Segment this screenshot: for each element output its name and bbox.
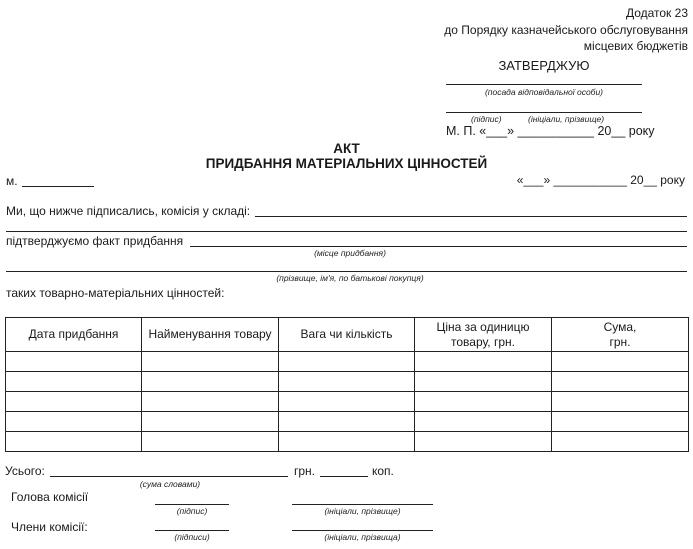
table-cell[interactable] xyxy=(415,392,552,412)
table-row xyxy=(6,392,689,412)
table-cell[interactable] xyxy=(415,372,552,392)
table-cell[interactable] xyxy=(279,412,415,432)
total-words-caption: (сума словами) xyxy=(110,479,230,489)
table-body xyxy=(6,352,689,452)
table-cell[interactable] xyxy=(142,412,279,432)
members-label: Члени комісії: xyxy=(11,520,88,534)
confirm-label: підтверджуємо факт придбання xyxy=(6,234,183,248)
column-header-text: грн. xyxy=(552,335,688,350)
chair-signature-caption: (підпис) xyxy=(155,506,229,516)
appendix-number: Додаток 23 xyxy=(626,6,688,20)
goods-label: таких товарно-матеріальних цінностей: xyxy=(6,286,224,300)
commission-label: Ми, що нижче підписались, комісія у скла… xyxy=(6,204,250,218)
chair-name-field[interactable] xyxy=(292,504,433,505)
table-row xyxy=(6,432,689,452)
members-name-field[interactable] xyxy=(292,530,433,531)
column-header-text: Вага чи кількість xyxy=(279,327,414,342)
city-field[interactable] xyxy=(22,186,94,187)
table-header-row: Дата придбанняНайменування товаруВага чи… xyxy=(6,318,689,352)
place-caption: (місце придбання) xyxy=(290,248,410,258)
table-cell[interactable] xyxy=(279,372,415,392)
table-row xyxy=(6,372,689,392)
goods-table: Дата придбанняНайменування товаруВага чи… xyxy=(5,317,689,452)
table-cell[interactable] xyxy=(279,352,415,372)
table-cell[interactable] xyxy=(552,412,689,432)
chair-signature-field[interactable] xyxy=(155,504,229,505)
commission-field-2[interactable] xyxy=(6,231,687,232)
members-signature-caption: (підписи) xyxy=(155,532,229,542)
chair-name-caption: (ініціали, прізвище) xyxy=(292,506,433,516)
signature-name-field[interactable] xyxy=(446,112,642,113)
doc-title: АКТ xyxy=(0,141,693,156)
name-caption: (ініціали, прізвище) xyxy=(528,114,604,124)
uah-label: грн. xyxy=(294,464,315,478)
table-cell[interactable] xyxy=(142,392,279,412)
column-header: Ціна за одиницютовару, грн. xyxy=(415,318,552,352)
table-cell[interactable] xyxy=(552,372,689,392)
seller-caption: (прізвище, ім'я, по батькові покупця) xyxy=(250,273,450,283)
column-header: Дата придбання xyxy=(6,318,142,352)
total-label: Усього: xyxy=(5,464,45,478)
table-cell[interactable] xyxy=(142,432,279,452)
table-cell[interactable] xyxy=(6,412,142,432)
table-cell[interactable] xyxy=(279,432,415,452)
position-caption: (посада відповідальної особи) xyxy=(446,87,642,97)
seller-field[interactable] xyxy=(6,271,687,272)
column-header: Вага чи кількість xyxy=(279,318,415,352)
table-cell[interactable] xyxy=(6,352,142,372)
appendix-line-2: до Порядку казначейського обслуговування xyxy=(444,23,688,37)
appendix-line-3: місцевих бюджетів xyxy=(584,39,688,53)
chair-label: Голова комісії xyxy=(11,490,88,504)
column-header-text: товару, грн. xyxy=(415,335,551,350)
total-words-field[interactable] xyxy=(50,476,288,477)
act-date-line[interactable]: «___» ___________ 20__ року xyxy=(517,173,685,187)
table-cell[interactable] xyxy=(415,412,552,432)
column-header: Найменування товару xyxy=(142,318,279,352)
table-row xyxy=(6,412,689,432)
commission-field[interactable] xyxy=(255,216,687,217)
table-cell[interactable] xyxy=(415,352,552,372)
table-cell[interactable] xyxy=(415,432,552,452)
city-label: м. xyxy=(6,174,18,188)
kop-label: коп. xyxy=(372,464,394,478)
kop-field[interactable] xyxy=(320,476,368,477)
approval-label: ЗАТВЕРДЖУЮ xyxy=(446,58,642,73)
place-field[interactable] xyxy=(190,246,687,247)
column-header-text: Ціна за одиницю xyxy=(415,320,551,335)
table-cell[interactable] xyxy=(6,432,142,452)
position-field[interactable] xyxy=(446,84,642,85)
column-header-text: Сума, xyxy=(552,320,688,335)
table-row xyxy=(6,352,689,372)
table-cell[interactable] xyxy=(552,352,689,372)
table-cell[interactable] xyxy=(552,432,689,452)
table-cell[interactable] xyxy=(552,392,689,412)
column-header: Сума,грн. xyxy=(552,318,689,352)
table-cell[interactable] xyxy=(6,372,142,392)
stamp-date-line[interactable]: М. П. «___» ___________ 20__ року xyxy=(446,124,655,138)
column-header-text: Найменування товару xyxy=(142,327,278,342)
members-signature-field[interactable] xyxy=(155,530,229,531)
table-cell[interactable] xyxy=(142,372,279,392)
column-header-text: Дата придбання xyxy=(6,327,141,342)
table-cell[interactable] xyxy=(279,392,415,412)
table-cell[interactable] xyxy=(6,392,142,412)
signature-caption: (підпис) xyxy=(471,114,502,124)
table-cell[interactable] xyxy=(142,352,279,372)
doc-subtitle: ПРИДБАННЯ МАТЕРІАЛЬНИХ ЦІННОСТЕЙ xyxy=(0,156,693,171)
members-name-caption: (ініціали, прізвища) xyxy=(292,532,433,542)
